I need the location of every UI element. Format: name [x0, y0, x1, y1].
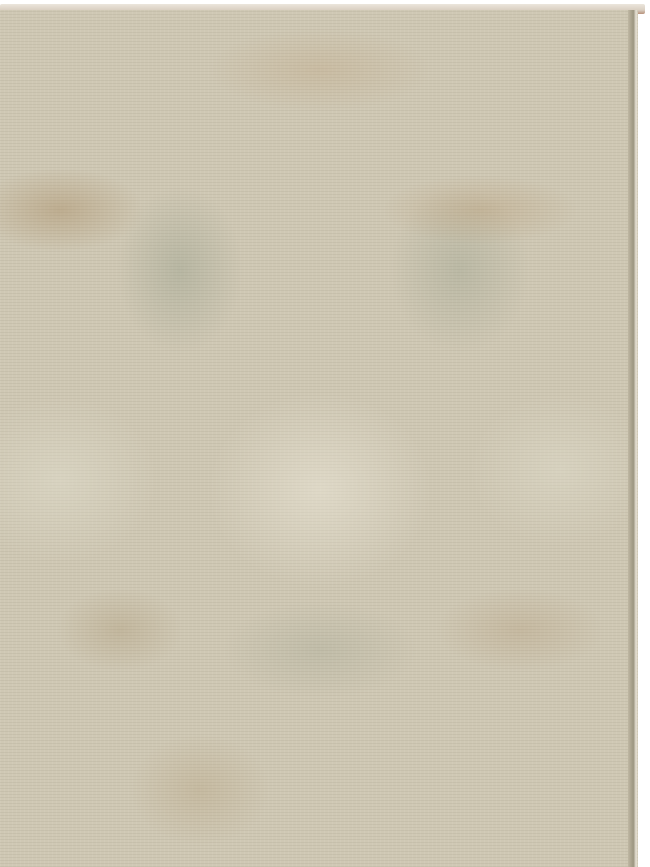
- photo: [0, 0, 650, 867]
- rug-field: [0, 10, 638, 867]
- rug-side-binding: [628, 10, 638, 867]
